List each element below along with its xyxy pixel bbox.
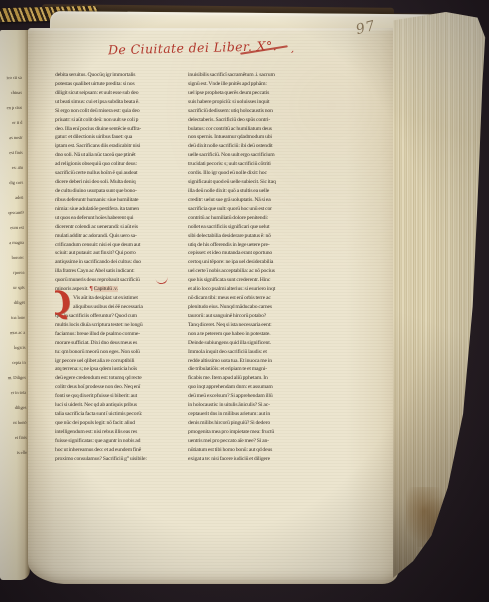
text-line: tu: qm bonorū meorū non eges. Non solū (55, 348, 181, 357)
text-line: utiq de his offerendis in lege uetere pr… (188, 241, 314, 250)
text-line: denis milibs hircorū pinguiū? Si dedero (188, 419, 314, 428)
text-line: uel certe ī nobis acceptabilia: ac nō po… (188, 267, 314, 276)
margin-fragment: rporea (0, 265, 30, 280)
text-line: significauit quod eū uelle subiecit. Sic… (188, 178, 314, 187)
text-line: iptam est. Sacrificans diis eradicabitr … (55, 142, 181, 151)
margin-fragment: logicis (1, 340, 31, 355)
margin-fragment: er it d (0, 115, 28, 130)
text-line: ficabis me. Item apud aliū pphetam. In (188, 374, 314, 383)
text-line: pmogenita mea pro impietate mea: fructū (188, 428, 314, 437)
text-line: faciamus: breue illud de psalmo comme- (55, 330, 181, 339)
text-line: sciuit: aut putauit: aut finxit? Qui por… (55, 249, 181, 258)
text-line: trucidati pecoris: s; uult sacrificiū cō… (188, 160, 314, 169)
rubric-comma-mark: ’ (289, 50, 294, 61)
column-left-lower-wrap: Q Vis aūt ita desipiat: ut existimetaliq… (55, 294, 181, 464)
text-line: ut quos ea deferunt hoīes haberent qui (55, 214, 181, 223)
margin-fragment: diligēt (1, 295, 31, 310)
text-line: que nūc dei populs legit: nō facit: aliu… (55, 419, 181, 428)
margin-fragment: mus ac a (1, 325, 31, 340)
margin-fragment: est finis (0, 145, 29, 160)
margin-fragment: toa loue (1, 310, 31, 325)
text-line: creditr: uelut sue grā uoluptatis. Nā si… (188, 196, 314, 205)
margin-fragment: as nostr (0, 130, 29, 145)
fore-edge-page-stack (393, 12, 489, 578)
text-line: que his significata sunt crederentr. Hin… (188, 276, 314, 285)
text-line: die tribulatiōis: et eripiam te et magni… (188, 365, 314, 374)
text-line: dicerentr colendi ac uenerandi: si aūt e… (55, 223, 181, 232)
text-line: certoq uni tēpore: ne ipa uel desiderabi… (188, 258, 314, 267)
text-line: inuisibilis sacrificī sacramētum .i. sac… (188, 71, 314, 80)
text-line: atq terrena: s; ne ipsa qdem iusticia ho… (55, 365, 181, 374)
text-line: fonti se qsq dixerit pfuisse si biberit:… (55, 392, 181, 401)
margin-fragment: eum est (0, 220, 30, 235)
text-line: nō dicam tibi: meus est enī orbis terre … (188, 294, 314, 303)
facing-page-edge: ico cū sachinasen p ciuser it das nostre… (0, 30, 30, 580)
text-line: non a te peterem que habeo in potestate. (188, 330, 314, 339)
margin-fragment: adeū (0, 190, 29, 205)
text-line: potestas qualibet uirtute predita: si no… (55, 80, 181, 89)
margin-fragment: borore: (0, 250, 30, 265)
text-line: talia sacrificia facta sunt ī uictimis p… (55, 410, 181, 419)
text-line: Si ergo non colit deū misera est: quia d… (55, 107, 181, 116)
text-line: proximo consulamus? Sacrificiū g° uisibi… (55, 455, 181, 464)
text-line: deū egere credendum est: totumq qd recte (55, 374, 181, 383)
text-line: ribus deferuntr humanis: siue humilitate (55, 196, 181, 205)
margin-fragment: ur spīs (0, 280, 30, 295)
text-line: ceptauerit dns in milibus arietum: aut i… (188, 410, 314, 419)
text-line: crificandum censuit: nisi ei que deum au… (55, 241, 181, 250)
text-line: deū dixit nolle sacrificiū: ibi deū oste… (188, 142, 314, 151)
text-line: illa fratres Cayn ac Abel satis indicant… (55, 267, 181, 276)
text-line: uelle sacrificiū. Non uult ergo sacrific… (188, 151, 314, 160)
text-line: uel ipse propheta querēs deum peccatis (188, 89, 314, 98)
text-line: delectaberis. Sacrificiū deo spūs contri… (188, 116, 314, 125)
text-line: suis habere propiciū: si uoluisses inqui… (188, 98, 314, 107)
text-line: cordis. Illo igr quod eū nolle dixit: ho… (188, 169, 314, 178)
margin-fragment: a magna (0, 235, 30, 250)
margin-fragment: en p cius (0, 100, 28, 115)
text-line: de cultu diuino usurpata sunt que bono- (55, 187, 181, 196)
fore-edge-corner-stain (406, 487, 452, 547)
book-photograph: ico cū sachinasen p ciuser it das nostre… (0, 0, 489, 602)
text-line: debita seruitus. Quocūq igr immortalis (55, 71, 181, 80)
margin-fragment: es: aīu (0, 160, 29, 175)
text-column-left: debita seruitus. Quocūq igr immortalispo… (55, 71, 181, 464)
text-line: diligit sicut seipsam: et uult esse sub … (55, 89, 181, 98)
margin-fragment: dig cors (0, 175, 29, 190)
text-line: intelligendum est: nisi rebus illis eas … (55, 428, 181, 437)
text-line: Deinde subiungens quid illa significent. (188, 339, 314, 348)
text-line: fuisse significatas: que aguntr in nobis… (55, 437, 181, 446)
text-line: ad religionis obsequiū quo colitur deus: (55, 160, 181, 169)
margin-fragment: ico cū sa (0, 70, 28, 85)
text-line: mulati additr ac adorandi. Quis uero sa- (55, 232, 181, 241)
text-line: deo. Illa enī pocius diuine sentēcie suf… (55, 125, 181, 134)
column-left-lower-text: Vis aūt ita desipiat: ut existimetaliqui… (55, 294, 181, 464)
text-line: in holocaustis: in uitulis āniculis? Si … (188, 401, 314, 410)
text-line: redde altissimo uota tua. Et inuoca me i… (188, 357, 314, 366)
text-line: colitr deus hoī prodesse non deo. Neq en… (55, 383, 181, 392)
text-line: antiqssime in sacrificando dei cultus: d… (55, 258, 181, 267)
text-line: gatur: et dilectionis uiribus fauet: qua (55, 133, 181, 142)
text-line: sacrificiū certe nullus hoīm ē qui audea… (55, 169, 181, 178)
text-line: cepisset: et ideo mutanda erant oportuno (188, 249, 314, 258)
chapter-heading: minoris aspexit. ¶ Capitulū .v. (55, 285, 181, 294)
text-line: dno soli. Nā ut alia nūc taceā que ptinē… (55, 151, 181, 160)
text-line: bulatus: cor contritū ac humiliatum deus (188, 125, 314, 134)
manuscript-page: De Ciuitate dei Liber. X°. ’ debita seru… (28, 28, 398, 584)
text-line: dicere deberi nisi deo soli. Multa deniq (55, 178, 181, 187)
text-line: illa deū nolle dixit: quō a stultis ea u… (188, 187, 314, 196)
text-line: nūtiatum est tibi homo bonū: aut qd deus (188, 446, 314, 455)
text-line: sacrificiū dedissem: utiq holocaustis no… (188, 107, 314, 116)
text-line: plenitudo eius. Nunqd māducabo carnes (188, 303, 314, 312)
text-line: exigat a te: nisi facere iudiciū et dili… (188, 455, 314, 464)
chapter-heading-label: Capitulū .v. (94, 286, 118, 292)
text-line: luci si uiderit. Nec qd ab antiquis prib… (55, 401, 181, 410)
text-line: Tanq diceret. Neq si ista necessaria een… (188, 321, 314, 330)
text-line: contritū ac humiliatū dolore penitendi: (188, 214, 314, 223)
text-line: taurorū: aut sanguinē hircorū potabo? (188, 312, 314, 321)
text-line: Vis aūt ita desipiat: ut existimet (55, 294, 181, 303)
text-line: ut beati simus: cui et ipsa subdita beat… (55, 98, 181, 107)
text-line: signū est. Vnde ille pnitēs apd pphām: (188, 80, 314, 89)
text-line: morare sufficiat. Dixi dno deus meus es (55, 339, 181, 348)
column-left-upper-text: debita seruitus. Quocūq igr immortalispo… (55, 71, 181, 285)
text-line: sacrificia que uult: quorū hoc unū est c… (188, 205, 314, 214)
text-line: priuatr: si aūt colit deū: non uult se c… (55, 116, 181, 125)
margin-fragment: chinas (0, 85, 28, 100)
column-right-text: inuisibilis sacrificī sacramētum .i. sac… (188, 71, 314, 464)
text-line: non spernis. Intueamur qdadmodum ubi (188, 133, 314, 142)
text-line: igr pecore uel qlibet alia re corruptibi… (55, 357, 181, 366)
text-line: multis locis diuīa scriptura testet: ne … (55, 321, 181, 330)
text-line: sibi delectabilia desiderare putatus ē: … (188, 232, 314, 241)
text-line: nollet ea sacrificiis significari que ue… (188, 223, 314, 232)
text-line: Immola inquit deo sacrificiū laudis: et (188, 348, 314, 357)
text-line: nimia: siue adulatiōe pestifera. ita tam… (55, 205, 181, 214)
text-line: et alio loco psalmi alterius: si esurier… (188, 285, 314, 294)
text-column-right: inuisibilis sacrificī sacramētum .i. sac… (188, 71, 314, 464)
margin-fragment: qescam9 (0, 205, 30, 220)
text-line: uentris mei pro peccato aīe mee? Si an- (188, 437, 314, 446)
text-line: aliquibus usibus dei ēē necessaria (55, 303, 181, 312)
text-line: deū meū excelsum? Si apprehendam illū (188, 392, 314, 401)
lombard-initial-q: Q (55, 288, 74, 319)
text-line: hoc ut inhereamus deo: et ad eundem finē (55, 446, 181, 455)
text-line: quo inqt apprehendam dnm: et assumam (188, 383, 314, 392)
